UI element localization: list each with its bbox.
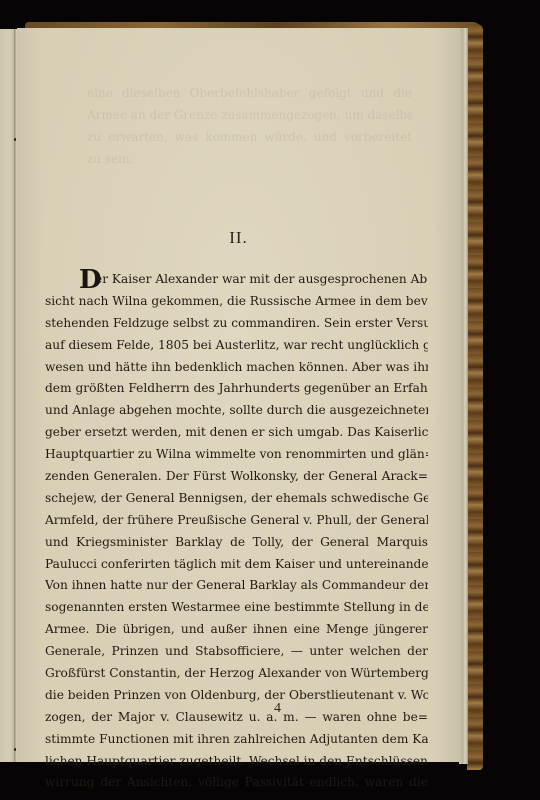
text-line: wesen und hätte ihn bedenklich machen kö… — [45, 357, 428, 379]
text-line: Generale, Prinzen und Stabsofficiere, — … — [45, 641, 428, 663]
page-block-edge — [459, 28, 468, 764]
text-line: Paulucci conferirten täglich mit dem Kai… — [45, 554, 428, 576]
text-line: und Anlage abgehen mochte, sollte durch … — [45, 400, 428, 422]
text-line: Armee. Die übrigen, und außer ihnen eine… — [45, 619, 428, 641]
text-line: wirrung der Ansichten, völlige Passivitä… — [45, 772, 428, 794]
show-through-text: eine dieselben Oberbefehlshaber gefolgt … — [87, 83, 412, 170]
text-line: lichen Hauptquartier zugetheilt. Wechsel… — [45, 751, 428, 773]
show-through-line: Armee an der Grenze zusammengezogen, um … — [87, 105, 412, 127]
text-line: dem größten Feldherrn des Jahrhunderts g… — [45, 378, 428, 400]
page-number: 4 — [17, 701, 460, 717]
drop-cap: D — [79, 267, 102, 293]
book-page: eine dieselben Oberbefehlshaber gefolgt … — [17, 28, 460, 762]
text-line: stehenden Feldzuge selbst zu commandiren… — [45, 313, 428, 335]
paper-speck — [14, 138, 16, 141]
text-line: stimmte Functionen mit ihren zahlreichen… — [45, 729, 428, 751]
text-line: Großfürst Constantin, der Herzog Alexand… — [45, 663, 428, 685]
text-line: zenden Generalen. Der Fürst Wolkonsky, d… — [45, 466, 428, 488]
chapter-heading: II. — [17, 228, 460, 248]
text-line: und Kriegsminister Barklay de Tolly, der… — [45, 532, 428, 554]
facing-page-edge — [0, 29, 15, 762]
marbled-cover-edge — [467, 24, 483, 770]
text-line: sogenannten ersten Westarmee eine bestim… — [45, 597, 428, 619]
book-scan: eine dieselben Oberbefehlshaber gefolgt … — [0, 0, 540, 800]
text-line: auf diesem Felde, 1805 bei Austerlitz, w… — [45, 335, 428, 357]
text-line: schejew, der General Bennigsen, der ehem… — [45, 488, 428, 510]
text-line: geber ersetzt werden, mit denen er sich … — [45, 422, 428, 444]
text-line: Hauptquartier zu Wilna wimmelte von reno… — [45, 444, 428, 466]
show-through-line: zu erwarten, was kommen würde, und vorbe… — [87, 127, 412, 149]
text-line: sicht nach Wilna gekommen, die Russische… — [45, 291, 428, 313]
show-through-line: eine dieselben Oberbefehlshaber gefolgt … — [87, 83, 412, 105]
text-line: er Kaiser Alexander war mit der ausgespr… — [45, 269, 428, 291]
text-line: Armfeld, der frühere Preußische General … — [45, 510, 428, 532]
show-through-line: zu sein. — [87, 149, 412, 170]
paper-speck — [14, 748, 16, 751]
text-line: Von ihnen hatte nur der General Barklay … — [45, 575, 428, 597]
